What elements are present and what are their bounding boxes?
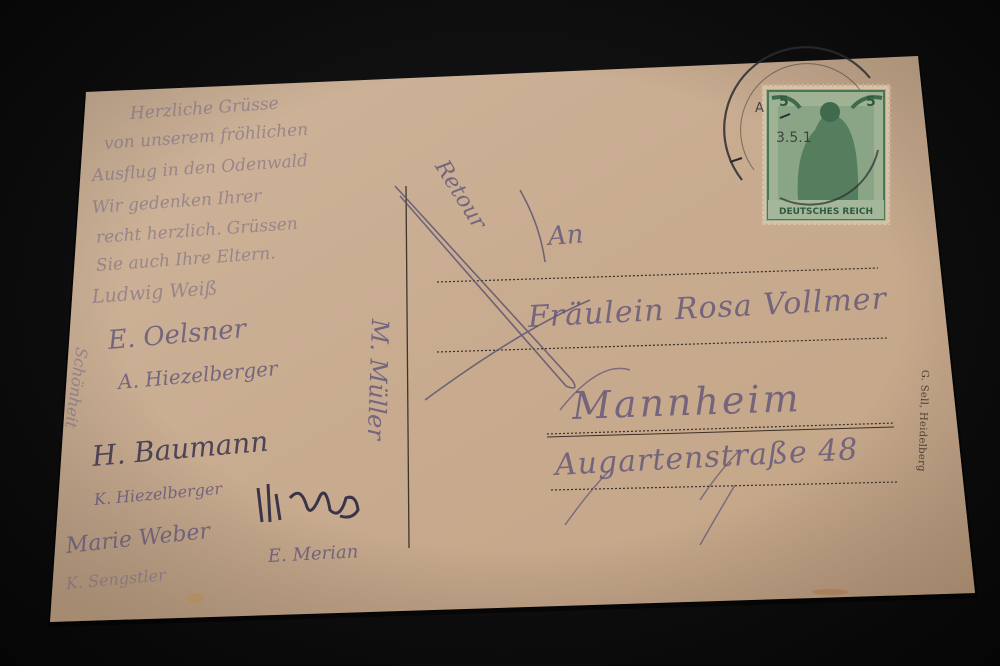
- address-salutation: An: [547, 220, 585, 252]
- stamp-value-right: 5: [866, 94, 876, 110]
- postmark-date: 3.5.1: [776, 130, 812, 146]
- address-city: Mannheim: [571, 376, 802, 428]
- stamp-country-text: DEUTSCHES REICH: [779, 207, 873, 217]
- signature-vertical: M. Müller: [362, 319, 394, 441]
- postmark-letters: A: [755, 101, 764, 116]
- postage-stamp: DEUTSCHES REICH 5 5: [762, 85, 890, 225]
- stamp-value-left: 5: [779, 94, 789, 110]
- stain: [186, 593, 204, 603]
- stain: [812, 589, 848, 595]
